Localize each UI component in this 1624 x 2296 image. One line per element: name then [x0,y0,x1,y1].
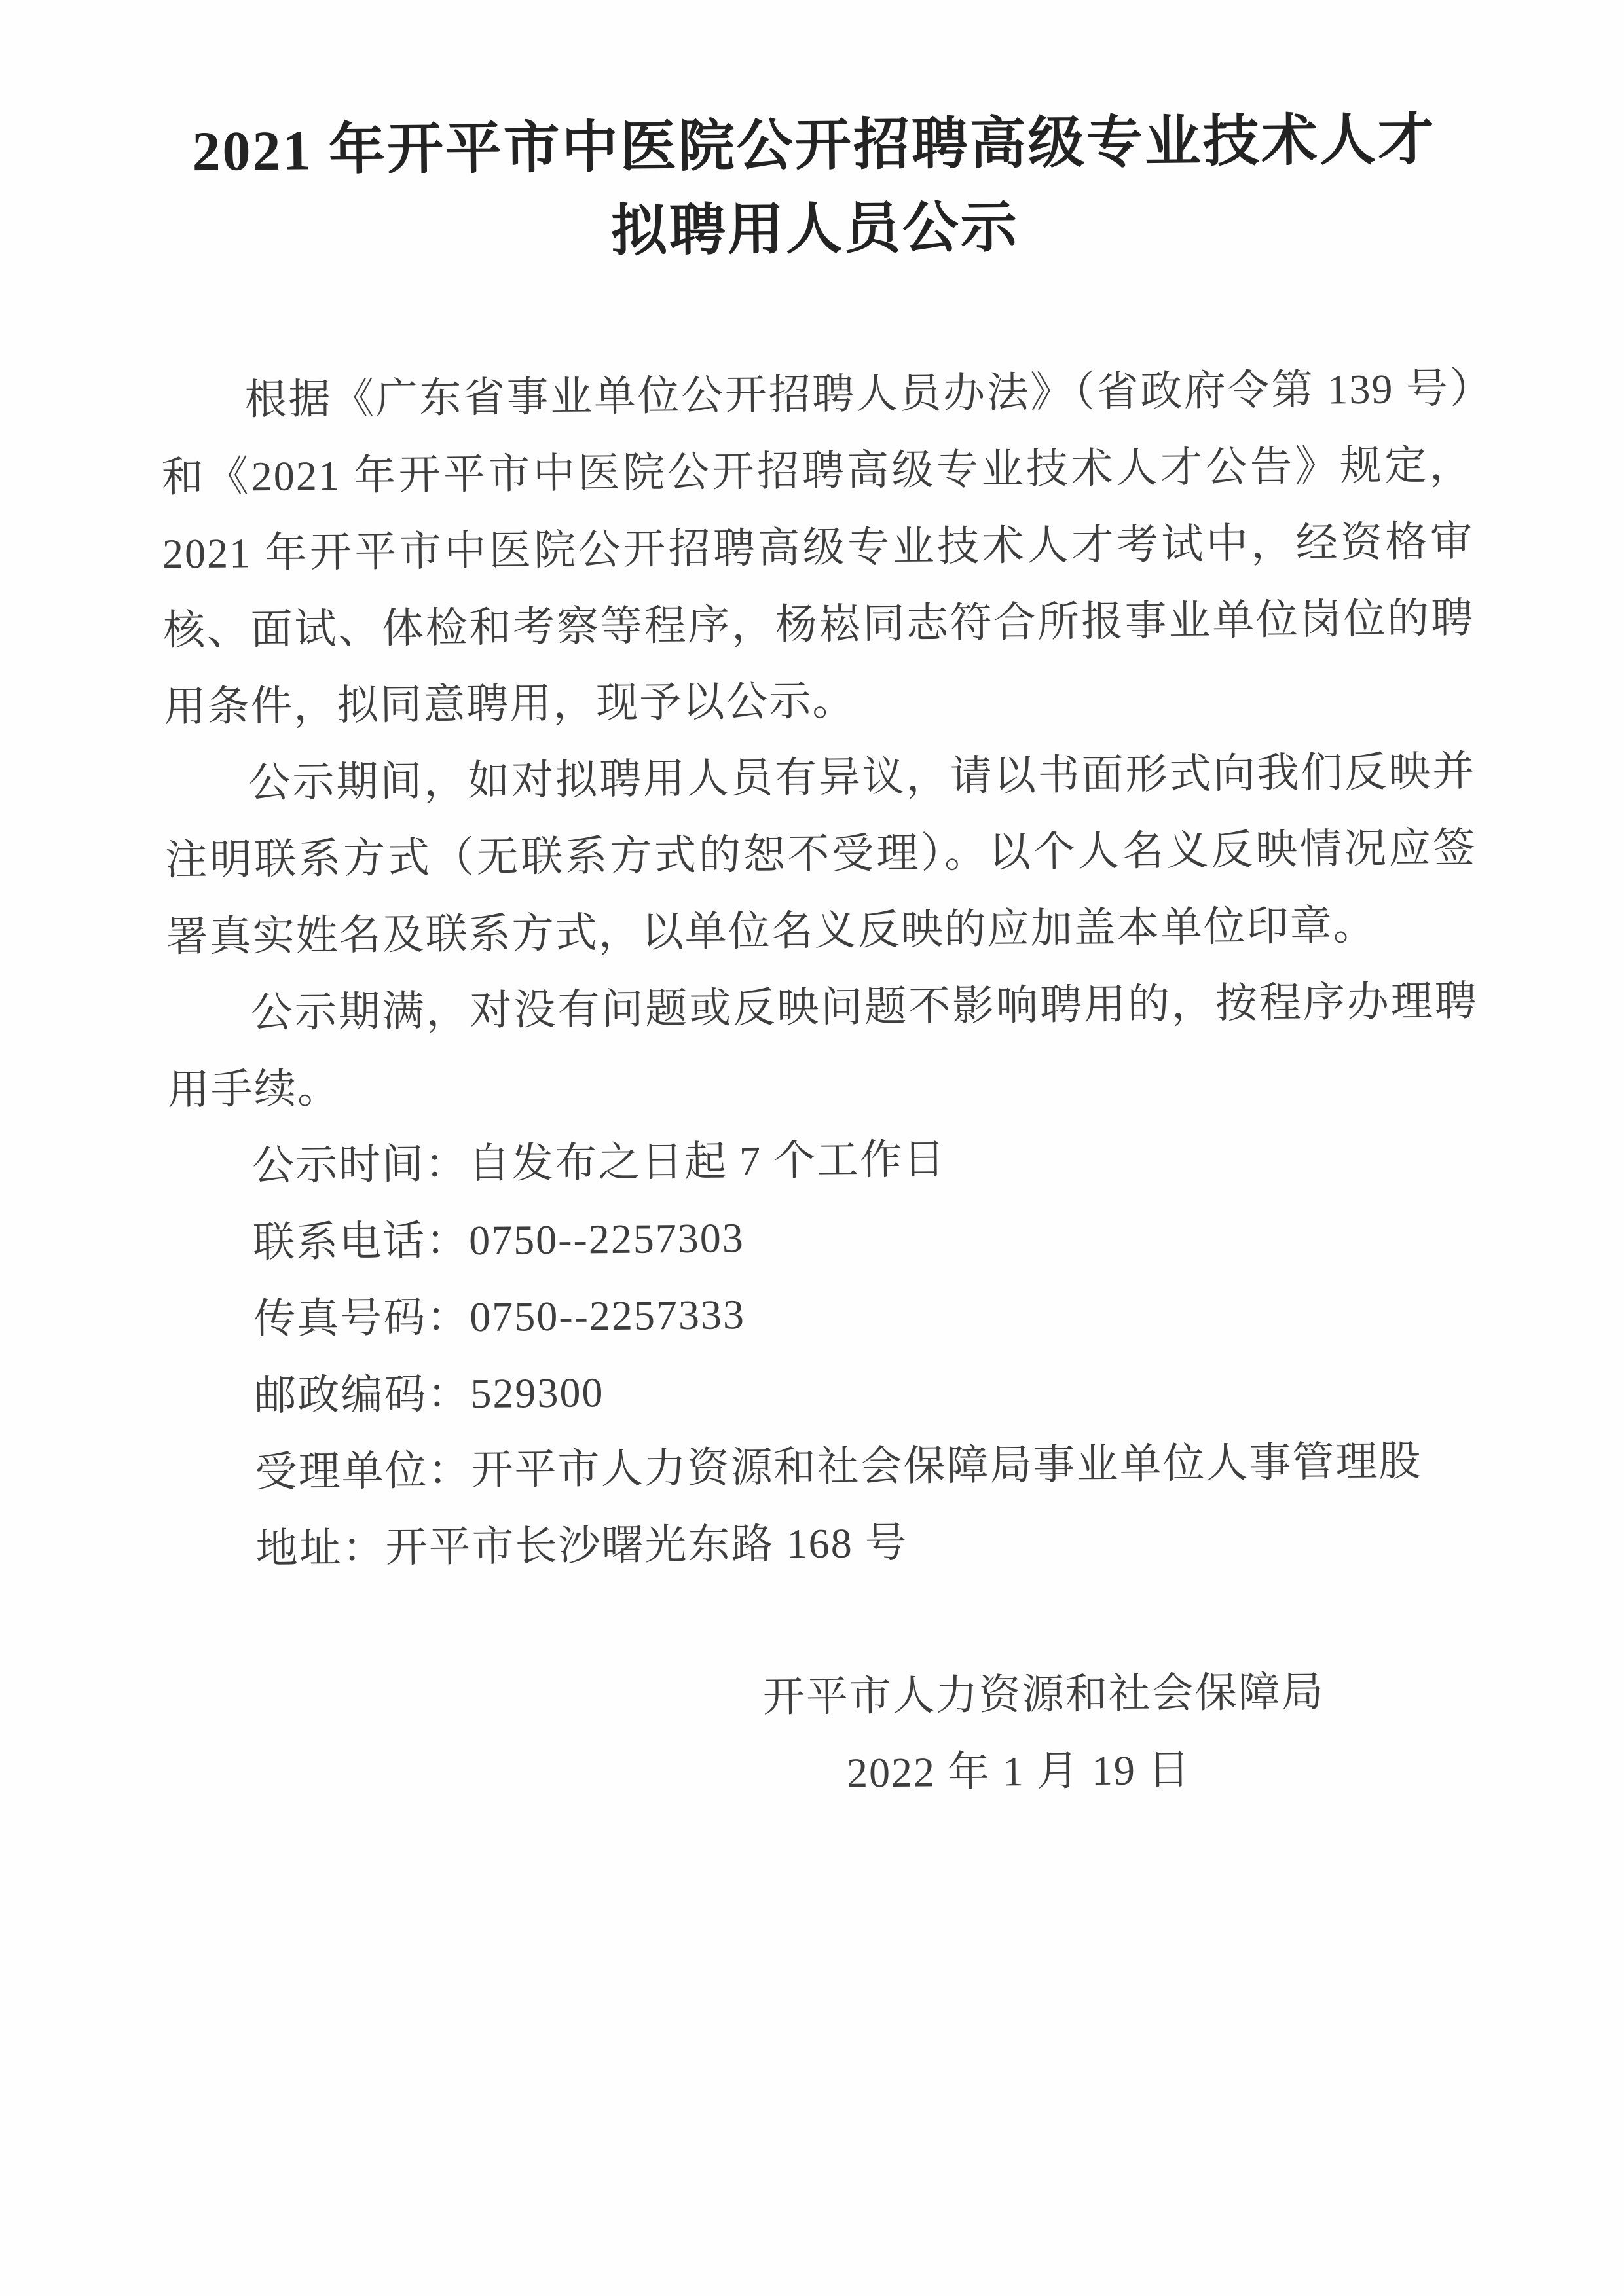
scanned-document-page: 2021 年开平市中医院公开招聘高级专业技术人才 拟聘用人员公示 根据《广东省事… [0,0,1624,2296]
document-title: 2021 年开平市中医院公开招聘高级专业技术人才 拟聘用人员公示 [158,97,1471,277]
signature-date: 2022 年 1 月 19 日 [763,1730,1274,1812]
title-line-1: 2021 年开平市中医院公开招聘高级专业技术人才 [158,97,1470,193]
info-line-address: 地址：开平市长沙曙光东路 168 号 [172,1499,1483,1588]
info-line-fax: 传真号码：0750--2257333 [170,1269,1481,1358]
paragraph-basis: 根据《广东省事业单位公开招聘人员办法》（省政府令第 139 号）和《2021 年… [160,350,1475,745]
info-line-accepting-unit: 受理单位：开平市人力资源和社会保障局事业单位人事管理股 [171,1422,1483,1511]
title-line-2: 拟聘用人员公示 [159,181,1471,277]
paragraph-after-publicity: 公示期满，对没有问题或反映问题不影响聘用的，按程序办理聘用手续。 [166,962,1479,1128]
signature-block: 开平市人力资源和社会保障局 2022 年 1 月 19 日 [762,1654,1274,1812]
info-line-phone: 联系电话：0750--2257303 [169,1192,1481,1281]
paragraph-objection-procedure: 公示期间，如对拟聘用人员有异议，请以书面形式向我们反映并注明联系方式（无联系方式… [164,733,1477,975]
document-content: 2021 年开平市中医院公开招聘高级专业技术人才 拟聘用人员公示 根据《广东省事… [0,0,1624,1819]
info-line-publicity-period: 公示时间：自发布之日起 7 个工作日 [168,1116,1479,1205]
signature-organization: 开平市人力资源和社会保障局 [762,1654,1274,1735]
info-line-postal-code: 邮政编码：529300 [170,1345,1482,1434]
